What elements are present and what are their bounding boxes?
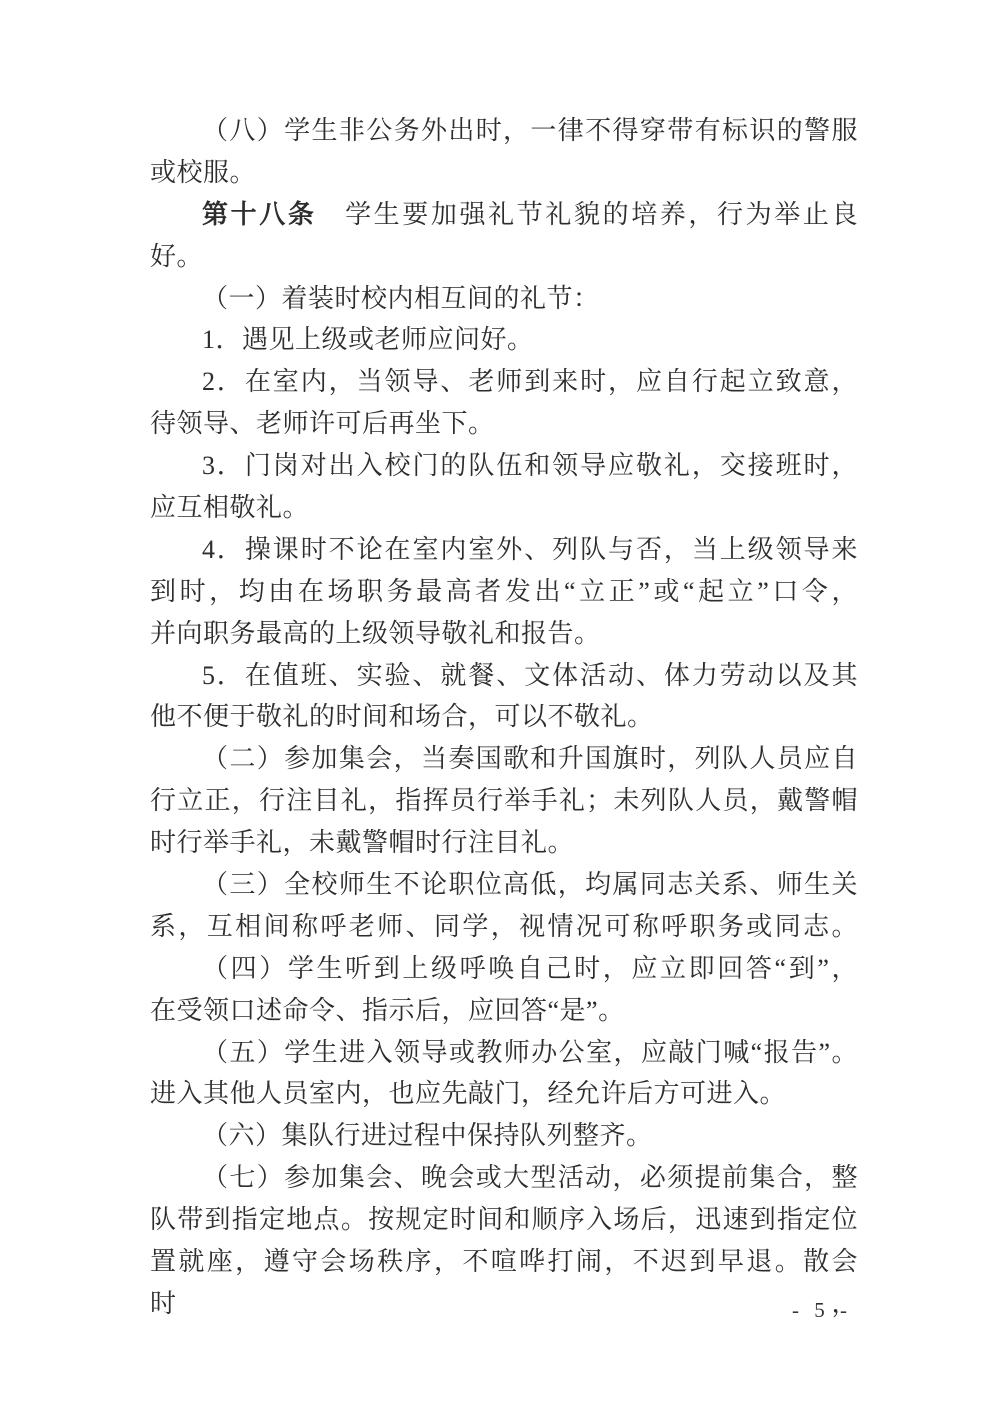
text-line: 行立正，行注目礼，指挥员行举手礼；未列队人员，戴警帽	[150, 780, 858, 822]
text-line: 2．在室内，当领导、老师到来时，应自行起立致意，	[150, 361, 858, 403]
text-line: （三）全校师生不论职位高低，均属同志关系、师生关	[150, 864, 858, 906]
text-line: 他不便于敬礼的时间和场合，可以不敬礼。	[150, 696, 858, 738]
text-line: （五）学生进入领导或教师办公室，应敲门喊“报告”。	[150, 1032, 858, 1074]
text-line: 好。	[150, 236, 858, 278]
text-line: （七）参加集会、晚会或大型活动，必须提前集合，整	[150, 1157, 858, 1199]
text-line: 3．门岗对出入校门的队伍和领导应敬礼，交接班时，	[150, 445, 858, 487]
document-body: （八）学生非公务外出时，一律不得穿带有标识的警服或校服。第十八条 学生要加强礼节…	[150, 110, 858, 1283]
text-line: （八）学生非公务外出时，一律不得穿带有标识的警服	[150, 110, 858, 152]
text-line: （六）集队行进过程中保持队列整齐。	[150, 1115, 858, 1157]
text-line: 5．在值班、实验、就餐、文体活动、体力劳动以及其	[150, 655, 858, 697]
text-line: 1．遇见上级或老师应问好。	[150, 319, 858, 361]
text-line: 时行举手礼，未戴警帽时行注目礼。	[150, 822, 858, 864]
text-line: 4．操课时不论在室内室外、列队与否，当上级领导来	[150, 529, 858, 571]
page-number: - 5 -	[792, 1295, 852, 1325]
text-line: 第十八条 学生要加强礼节礼貌的培养，行为举止良	[150, 194, 858, 236]
text-line: 在受领口述命令、指示后，应回答“是”。	[150, 990, 858, 1032]
text-line: 待领导、老师许可后再坐下。	[150, 403, 858, 445]
text-line: 到时，均由在场职务最高者发出“立正”或“起立”口令，	[150, 571, 858, 613]
text-line: （四）学生听到上级呼唤自己时，应立即回答“到”，	[150, 948, 858, 990]
text-line: 队带到指定地点。按规定时间和顺序入场后，迅速到指定位	[150, 1199, 858, 1241]
text-line: 应互相敬礼。	[150, 487, 858, 529]
text-line: 系，互相间称呼老师、同学，视情况可称呼职务或同志。	[150, 906, 858, 948]
text-line: 置就座，遵守会场秩序，不喧哗打闹，不迟到早退。散会时，	[150, 1241, 858, 1283]
text-line: （一）着装时校内相互间的礼节：	[150, 278, 858, 320]
text-line: 进入其他人员室内，也应先敲门，经允许后方可进入。	[150, 1073, 858, 1115]
text-line: 并向职务最高的上级领导敬礼和报告。	[150, 613, 858, 655]
document-page: （八）学生非公务外出时，一律不得穿带有标识的警服或校服。第十八条 学生要加强礼节…	[0, 0, 1000, 1414]
article-heading: 第十八条	[202, 200, 316, 229]
text-line: （二）参加集会，当奏国歌和升国旗时，列队人员应自	[150, 738, 858, 780]
text-line: 或校服。	[150, 152, 858, 194]
